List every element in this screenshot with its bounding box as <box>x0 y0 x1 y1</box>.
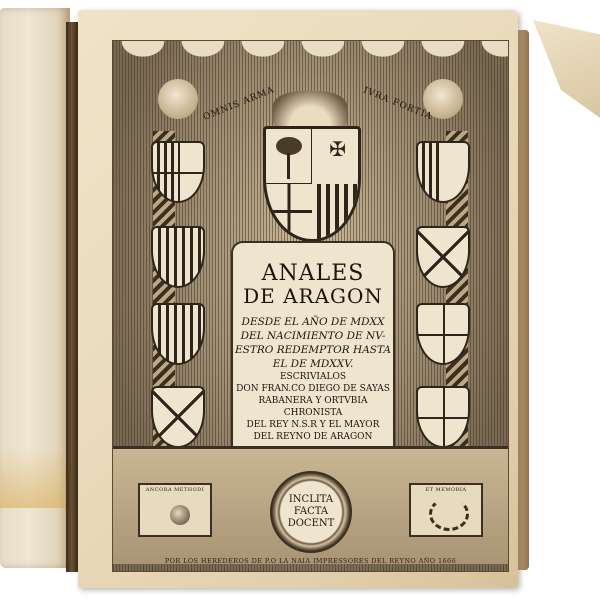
title-line-2: DE ARAGON <box>233 285 393 307</box>
subtitle-line: ESTRO REDEMPTOR HASTA <box>233 343 393 357</box>
author-line: ESCRIVIALOS <box>233 371 393 383</box>
wreath-icon <box>429 497 469 531</box>
tree-trunk <box>287 153 290 179</box>
title-block: ANALES DE ARAGON DESDE EL AÑO DE MDXX DE… <box>233 263 393 443</box>
medallion-line: INCLITA <box>272 494 350 506</box>
medallion-line: FACTA <box>272 506 350 518</box>
engraved-plate: OMNIS ARMA IVRA FORTIA ✠ ANALES DE ARAGO… <box>112 40 509 572</box>
title-cartouche: ANALES DE ARAGON DESDE EL AÑO DE MDXX DE… <box>231 241 395 475</box>
medallion-line: DOCENT <box>272 518 350 530</box>
cross-icon: ✠ <box>329 139 346 159</box>
motto-medallion: INCLITA FACTA DOCENT <box>270 471 352 553</box>
left-book-leaf <box>0 8 70 568</box>
left-panel-motto: ANCORA METHODI <box>140 487 210 493</box>
medallion-text: INCLITA FACTA DOCENT <box>272 494 350 530</box>
aragon-coat-of-arms: ✠ <box>263 126 361 242</box>
moors-heads-quarter <box>266 183 312 239</box>
globe-icon <box>170 505 190 525</box>
top-drapery <box>113 41 508 81</box>
author-line: DEL REYNO DE ARAGON <box>233 431 393 443</box>
right-panel-motto: ET MEMORIA <box>411 487 481 493</box>
subtitle-line: EL DE MDXXV. <box>233 357 393 371</box>
left-emblem-panel: ANCORA METHODI <box>138 483 212 537</box>
printer-imprint: POR LOS HEREDEROS DE P.O LA NAIA IMPRESS… <box>113 557 508 565</box>
alcoraz-cross-quarter: ✠ <box>311 129 358 184</box>
author-line: DEL REY N.S.R Y EL MAYOR <box>233 419 393 431</box>
subtitle-line: DESDE EL AÑO DE MDXX <box>233 315 393 329</box>
left-cherub <box>158 79 198 119</box>
right-emblem-panel: ET MEMORIA <box>409 483 483 537</box>
torn-corner <box>533 20 600 120</box>
royal-crown <box>273 91 347 127</box>
subtitle-line: DEL NACIMIENTO DE NV- <box>233 329 393 343</box>
author-line: DON FRAN.CO DIEGO DE SAYAS <box>233 383 393 395</box>
author-line: RABANERA Y ORTVBIA CHRONISTA <box>233 395 393 419</box>
title-line-1: ANALES <box>233 263 393 285</box>
aragon-bars-quarter <box>312 184 358 239</box>
water-stain <box>0 448 70 508</box>
